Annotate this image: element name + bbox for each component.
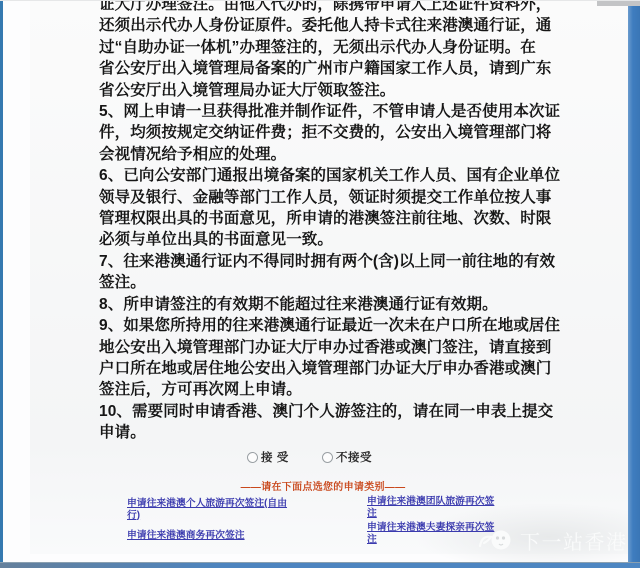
notice-line: 必须与单位出具的书面意见一致。 (99, 229, 564, 250)
notice-line: 地公安出入境管理部门办证大厅申办过香港或澳门签注，请直接到 (99, 337, 564, 358)
notice-line: 户口所在地或居住地公安出入境管理部门办证大厅申办香港或澳门 (99, 358, 564, 379)
notice-line: 申请。 (99, 422, 564, 443)
category-link[interactable]: 申请往来港澳团队旅游再次签注 (367, 496, 495, 519)
category-link[interactable]: 申请往来港澳个人旅游再次签注(自由行) (127, 498, 287, 521)
notice-line: 9、如果您所持用的往来港澳通行证最近一次未在户口所在地或居住 (99, 315, 564, 336)
category-prompt: ——请在下面点选您的申请类别—— (8, 478, 638, 493)
watermark: 下一站香港 (477, 525, 628, 555)
category-link[interactable]: 申请往来港澳夫妻探亲再次签注 (367, 522, 495, 545)
right-edge-strip (628, 6, 640, 568)
consent-radio-row: 接 受 不接受 (0, 449, 640, 466)
notice-line: 签注后，方可再次网上申请。 (99, 379, 564, 400)
radio-unchecked-icon[interactable] (322, 452, 333, 463)
bottom-edge-bar (0, 562, 640, 568)
left-edge-strip (0, 1, 3, 568)
category-link[interactable]: 申请往来港澳商务再次签注 (127, 530, 297, 542)
notice-line: 过“自助办证一体机”办理签注的，无须出示代办人身份证明。在 (99, 37, 564, 58)
consent-option-label: 接 受 (261, 449, 289, 465)
notice-line: 领导及银行、金融等部门工作人员，领证时须提交工作单位按人事 (99, 187, 564, 208)
notice-line: 6、已向公安部门通报出境备案的国家机关工作人员、国有企业单位 (99, 165, 564, 186)
notice-line: 5、网上申请一旦获得批准并制作证件，不管申请人是否使用本次证 (99, 101, 564, 122)
consent-option[interactable]: 不接受 (322, 449, 372, 465)
notice-text: 证大厅办理签注。由他人代办的，除携带申请人上述证件资料外，还须出示代办人身份证原… (99, 0, 564, 444)
notice-line: 省公安厅出入境管理局备案的广州市户籍国家工作人员，请到广东 (99, 58, 564, 79)
notice-line: 件，均须按规定交纳证件费；拒不交费的，公安出入境管理部门将 (99, 122, 564, 143)
notice-line: 8、所申请签注的有效期不能超过往来港澳通行证有效期。 (99, 294, 564, 315)
bird-mascot-icon (477, 525, 515, 555)
notice-line: 管理权限出具的书面意见，所申请的港澳签注前往地、次数、时限 (99, 208, 564, 229)
consent-option[interactable]: 接 受 (247, 449, 289, 465)
notice-line: 7、往来港澳通行证内不得同时拥有两个(含)以上同一前往地的有效 (99, 251, 564, 272)
notice-line: 10、需要同时申请香港、澳门个人游签注的，请在同一申表上提交 (99, 401, 564, 422)
notice-line: 证大厅办理签注。由他人代办的，除携带申请人上述证件资料外， (99, 0, 564, 15)
watermark-text: 下一站香港 (520, 526, 628, 555)
notice-line: 签注。 (99, 272, 564, 293)
notice-line: 省公安厅出入境管理局办证大厅领取签注。 (99, 80, 564, 101)
consent-option-label: 不接受 (336, 449, 372, 465)
radio-unchecked-icon[interactable] (247, 452, 258, 463)
notice-line: 还须出示代办人身份证原件。委托他人持卡式往来港澳通行证，通 (99, 15, 564, 36)
notice-line: 会视情况给予相应的处理。 (99, 144, 564, 165)
